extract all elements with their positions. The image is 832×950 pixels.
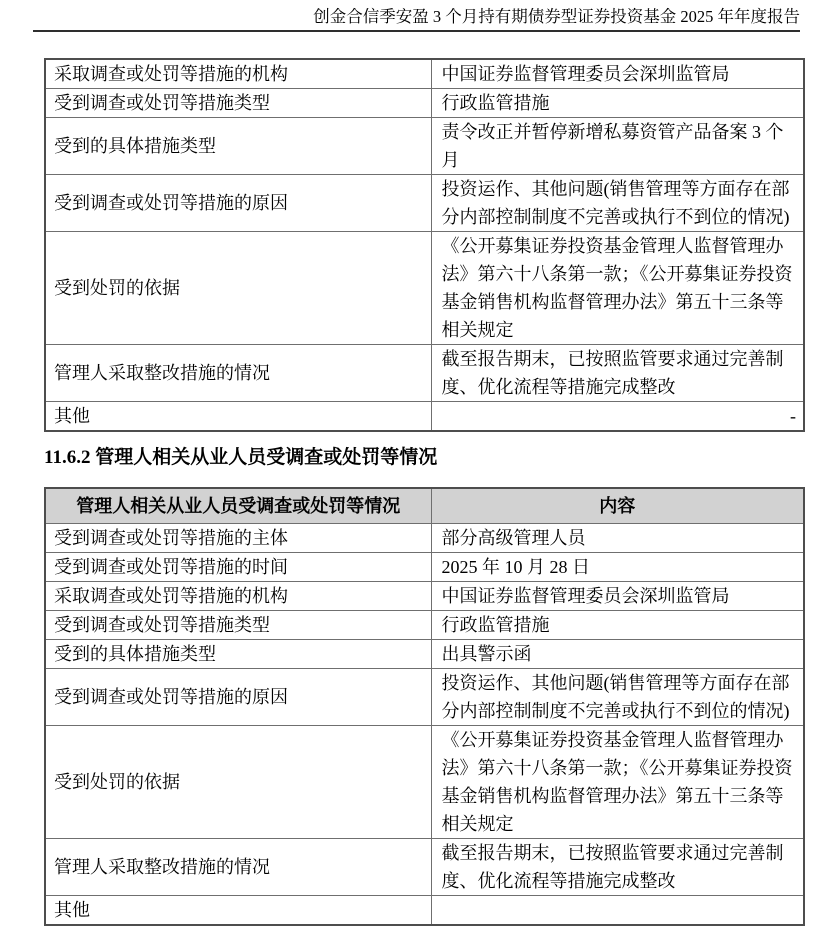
table-row: 管理人采取整改措施的情况 截至报告期末，已按照监管要求通过完善制度、优化流程等措… bbox=[45, 839, 804, 896]
row-value: 《公开募集证券投资基金管理人监督管理办法》第六十八条第一款；《公开募集证券投资基… bbox=[431, 726, 804, 839]
row-label: 受到调查或处罚等措施的时间 bbox=[45, 553, 431, 582]
table-header-row: 管理人相关从业人员受调查或处罚等情况 内容 bbox=[45, 488, 804, 524]
row-label: 受到调查或处罚等措施的原因 bbox=[45, 669, 431, 726]
row-label: 受到调查或处罚等措施类型 bbox=[45, 89, 431, 118]
row-value: 截至报告期末，已按照监管要求通过完善制度、优化流程等措施完成整改 bbox=[431, 345, 804, 402]
table-row: 受到调查或处罚等措施的原因 投资运作、其他问题(销售管理等方面存在部分内部控制制… bbox=[45, 669, 804, 726]
row-value: 《公开募集证券投资基金管理人监督管理办法》第六十八条第一款；《公开募集证券投资基… bbox=[431, 232, 804, 345]
table-row: 受到调查或处罚等措施类型 行政监管措施 bbox=[45, 89, 804, 118]
row-value: 责令改正并暂停新增私募资管产品备案 3 个月 bbox=[431, 118, 804, 175]
row-value: 出具警示函 bbox=[431, 640, 804, 669]
row-label: 受到调查或处罚等措施类型 bbox=[45, 611, 431, 640]
table-row: 采取调查或处罚等措施的机构 中国证券监督管理委员会深圳监管局 bbox=[45, 582, 804, 611]
row-value: - bbox=[431, 402, 804, 432]
report-title-header: 创金合信季安盈 3 个月持有期债券型证券投资基金 2025 年年度报告 bbox=[33, 0, 800, 32]
row-label: 受到处罚的依据 bbox=[45, 726, 431, 839]
row-label: 受到调查或处罚等措施的主体 bbox=[45, 524, 431, 553]
table-row: 受到处罚的依据 《公开募集证券投资基金管理人监督管理办法》第六十八条第一款；《公… bbox=[45, 726, 804, 839]
row-value: 行政监管措施 bbox=[431, 611, 804, 640]
row-label: 受到处罚的依据 bbox=[45, 232, 431, 345]
column-header-content: 内容 bbox=[431, 488, 804, 524]
row-label: 管理人采取整改措施的情况 bbox=[45, 839, 431, 896]
table-row: 受到的具体措施类型 责令改正并暂停新增私募资管产品备案 3 个月 bbox=[45, 118, 804, 175]
penalty-info-table-personnel: 管理人相关从业人员受调查或处罚等情况 内容 受到调查或处罚等措施的主体 部分高级… bbox=[44, 487, 805, 926]
row-value: 截至报告期末，已按照监管要求通过完善制度、优化流程等措施完成整改 bbox=[431, 839, 804, 896]
table-row: 受到调查或处罚等措施的主体 部分高级管理人员 bbox=[45, 524, 804, 553]
column-header-category: 管理人相关从业人员受调查或处罚等情况 bbox=[45, 488, 431, 524]
row-label: 受到的具体措施类型 bbox=[45, 640, 431, 669]
row-label: 其他 bbox=[45, 402, 431, 432]
table-row: 其他 - bbox=[45, 402, 804, 432]
penalty-info-table-manager: 采取调查或处罚等措施的机构 中国证券监督管理委员会深圳监管局 受到调查或处罚等措… bbox=[44, 58, 805, 432]
table-row: 其他 bbox=[45, 896, 804, 926]
row-label: 管理人采取整改措施的情况 bbox=[45, 345, 431, 402]
row-value: 行政监管措施 bbox=[431, 89, 804, 118]
table-row: 管理人采取整改措施的情况 截至报告期末，已按照监管要求通过完善制度、优化流程等措… bbox=[45, 345, 804, 402]
row-value bbox=[431, 896, 804, 926]
row-label: 受到调查或处罚等措施的原因 bbox=[45, 175, 431, 232]
row-value: 投资运作、其他问题(销售管理等方面存在部分内部控制制度不完善或执行不到位的情况) bbox=[431, 175, 804, 232]
row-value: 部分高级管理人员 bbox=[431, 524, 804, 553]
row-label: 受到的具体措施类型 bbox=[45, 118, 431, 175]
row-value: 中国证券监督管理委员会深圳监管局 bbox=[431, 59, 804, 89]
table-row: 受到处罚的依据 《公开募集证券投资基金管理人监督管理办法》第六十八条第一款；《公… bbox=[45, 232, 804, 345]
table-row: 受到调查或处罚等措施类型 行政监管措施 bbox=[45, 611, 804, 640]
row-label: 其他 bbox=[45, 896, 431, 926]
section-heading-11-6-2: 11.6.2 管理人相关从业人员受调查或处罚等情况 bbox=[44, 445, 832, 471]
table-row: 受到调查或处罚等措施的原因 投资运作、其他问题(销售管理等方面存在部分内部控制制… bbox=[45, 175, 804, 232]
table-row: 采取调查或处罚等措施的机构 中国证券监督管理委员会深圳监管局 bbox=[45, 59, 804, 89]
row-label: 采取调查或处罚等措施的机构 bbox=[45, 582, 431, 611]
row-value: 投资运作、其他问题(销售管理等方面存在部分内部控制制度不完善或执行不到位的情况) bbox=[431, 669, 804, 726]
table-row: 受到的具体措施类型 出具警示函 bbox=[45, 640, 804, 669]
row-value: 中国证券监督管理委员会深圳监管局 bbox=[431, 582, 804, 611]
row-value: 2025 年 10 月 28 日 bbox=[431, 553, 804, 582]
row-label: 采取调查或处罚等措施的机构 bbox=[45, 59, 431, 89]
table-row: 受到调查或处罚等措施的时间 2025 年 10 月 28 日 bbox=[45, 553, 804, 582]
